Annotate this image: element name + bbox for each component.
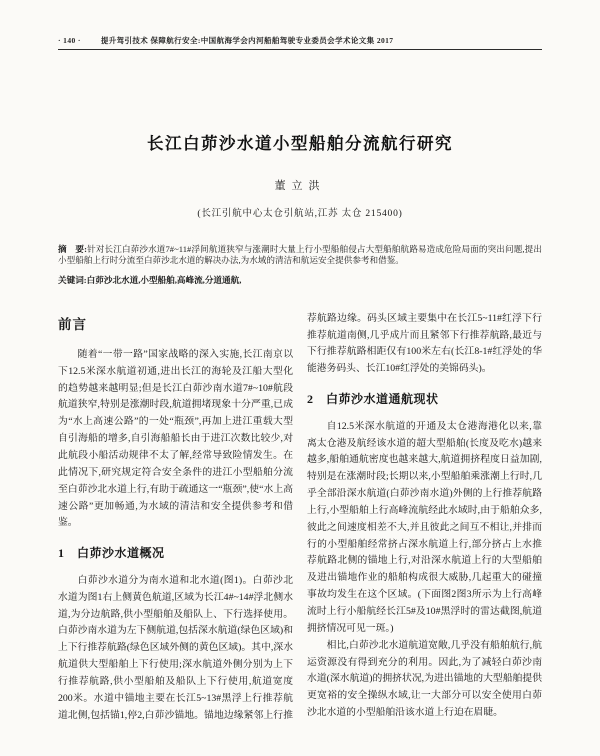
paper-title: 长江白茆沙水道小型船舶分流航行研究 [58, 130, 542, 154]
foreword-paragraph: 随着“一带一路”国家战略的深入实施,长江南京以下12.5米深水航道初通,进出长江… [58, 347, 293, 532]
keywords-text: 白茆沙北水道,小型船舶,高峰流,分道通航, [87, 275, 242, 285]
section1-heading: 1 白茆沙水道概况 [58, 543, 293, 564]
body-columns: 前言 随着“一带一路”国家战略的深入实施,长江南京以下12.5米深水航道初通,进… [58, 311, 542, 733]
page-number: · 140 · [58, 36, 81, 45]
keywords-label: 关键词: [58, 275, 87, 285]
paper-page: · 140 · 提升驾引技术 保障航行安全:中国航海学会内河船舶驾驶专业委员会学… [0, 0, 600, 756]
header-rule [58, 49, 542, 50]
section2-paragraph-2: 相比,白茆沙北水道航道宽敞,几乎没有船舶航行,航运资源没有得到充分的利用。因此,… [307, 638, 542, 722]
author-name: 董立洪 [58, 177, 542, 193]
running-header-text: 提升驾引技术 保障航行安全:中国航海学会内河船舶驾驶专业委员会学术论文集 201… [101, 35, 394, 46]
keywords-block: 关键词:白茆沙北水道,小型船舶,高峰流,分道通航, [58, 274, 542, 286]
section2-heading: 2 白茆沙水道通航现状 [307, 389, 542, 410]
foreword-heading: 前言 [58, 313, 293, 336]
section2-paragraph-1: 自12.5米深水航道的开通及太仓港海港化以来,靠离太仓港及航经该水道的超大型船舶… [307, 419, 542, 638]
abstract-text: 针对长江白茆沙水道7#~11#浮间航道狭窄与涨潮时大量上行小型船舶侵占大型船舶航… [58, 244, 542, 265]
author-affiliation: (长江引航中心太仓引航站,江苏 太仓 215400) [58, 205, 542, 219]
page-header: · 140 · 提升驾引技术 保障航行安全:中国航海学会内河船舶驾驶专业委员会学… [58, 0, 542, 46]
abstract-label: 摘 要: [58, 244, 87, 254]
abstract-block: 摘 要:针对长江白茆沙水道7#~11#浮间航道狭窄与涨潮时大量上行小型船舶侵占大… [58, 244, 542, 267]
